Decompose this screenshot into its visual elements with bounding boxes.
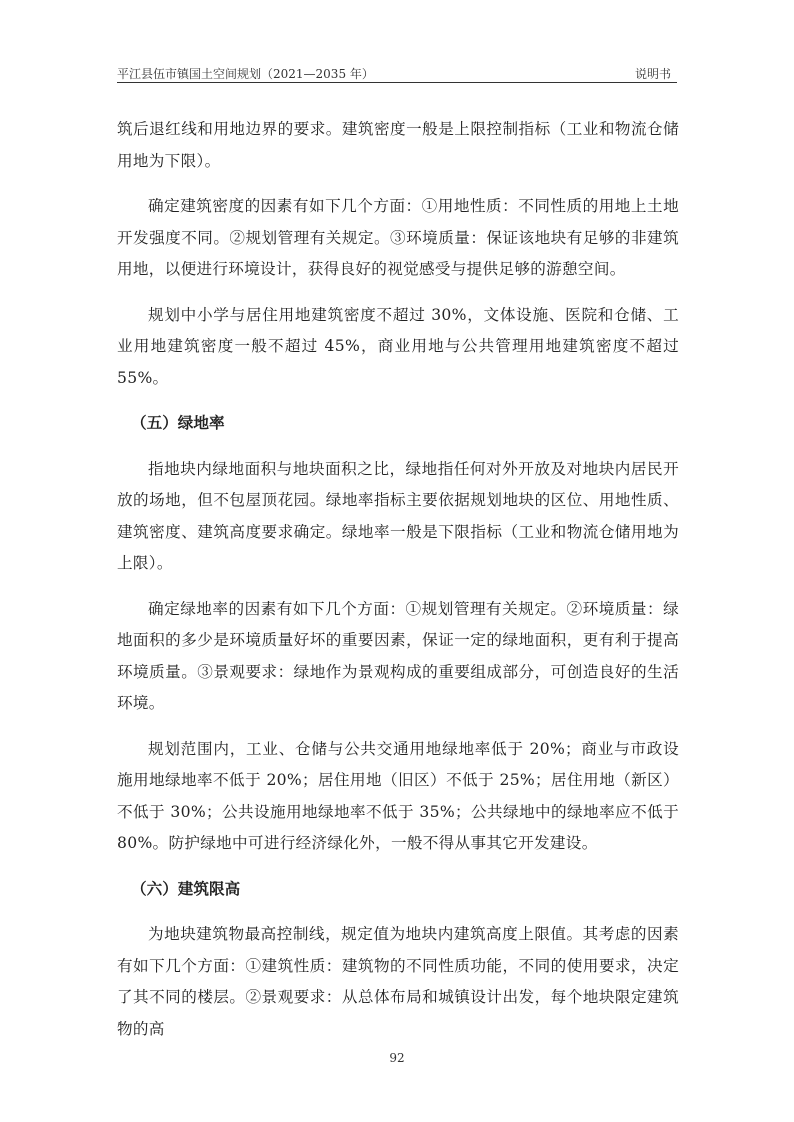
paragraph: 确定绿地率的因素有如下几个方面：①规划管理有关规定。②环境质量：绿地面积的多少是… — [117, 594, 679, 720]
paragraph: 为地块建筑物最高控制线，规定值为地块内建筑高度上限值。其考虑的因素有如下几个方面… — [117, 919, 679, 1045]
page-body: 筑后退红线和用地边界的要求。建筑密度一般是上限控制指标（工业和物流仓储用地为下限… — [117, 114, 679, 1059]
page-header: 平江县伍市镇国土空间规划（2021—2035 年） 说明书 — [117, 64, 677, 83]
paragraph: 确定建筑密度的因素有如下几个方面：①用地性质：不同性质的用地上土地开发强度不同。… — [117, 191, 679, 286]
paragraph: 指地块内绿地面积与地块面积之比，绿地指任何对外开放及对地块内居民开放的场地，但不… — [117, 454, 679, 580]
section-heading: （五）绿地率 — [117, 408, 679, 440]
section-heading: （六）建筑限高 — [117, 874, 679, 906]
document-type: 说明书 — [635, 65, 671, 82]
paragraph: 规划范围内，工业、仓储与公共交通用地绿地率低于 20%；商业与市政设施用地绿地率… — [117, 734, 679, 860]
paragraph: 筑后退红线和用地边界的要求。建筑密度一般是上限控制指标（工业和物流仓储用地为下限… — [117, 114, 679, 177]
paragraph: 规划中小学与居住用地建筑密度不超过 30%，文体设施、医院和仓储、工业用地建筑密… — [117, 300, 679, 395]
document-title: 平江县伍市镇国土空间规划（2021—2035 年） — [117, 65, 374, 82]
page-number: 92 — [0, 1051, 794, 1065]
